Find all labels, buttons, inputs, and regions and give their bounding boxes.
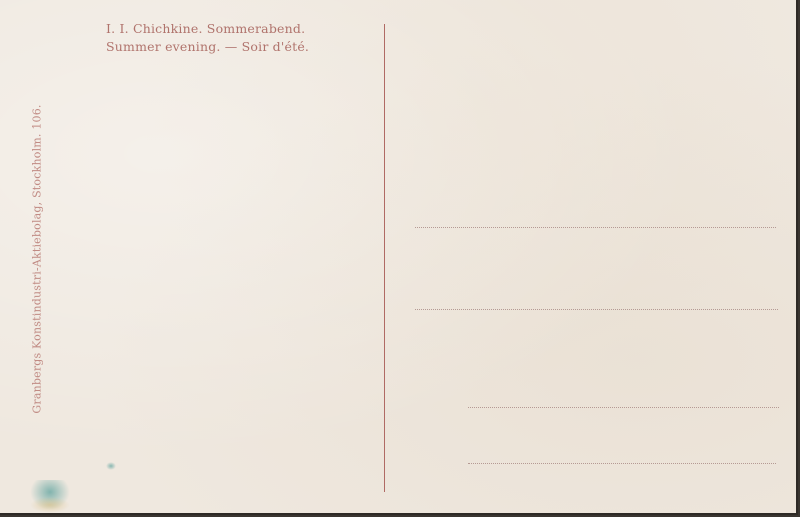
postcard-back: I. I. Chichkine. Sommerabend. Summer eve… bbox=[0, 0, 798, 515]
address-line-3 bbox=[468, 407, 779, 408]
caption: I. I. Chichkine. Sommerabend. Summer eve… bbox=[106, 20, 309, 56]
center-divider-line bbox=[384, 24, 385, 492]
caption-translation: Summer evening. — Soir d'été. bbox=[106, 38, 309, 56]
publisher-imprint: Granbergs Konstindustri-Aktiebolag, Stoc… bbox=[31, 104, 44, 413]
age-stain bbox=[30, 497, 70, 513]
address-line-1 bbox=[415, 227, 776, 228]
address-line-4 bbox=[468, 463, 776, 464]
address-line-2 bbox=[415, 309, 778, 310]
small-stain bbox=[106, 462, 116, 470]
caption-title: I. I. Chichkine. Sommerabend. bbox=[106, 20, 309, 38]
